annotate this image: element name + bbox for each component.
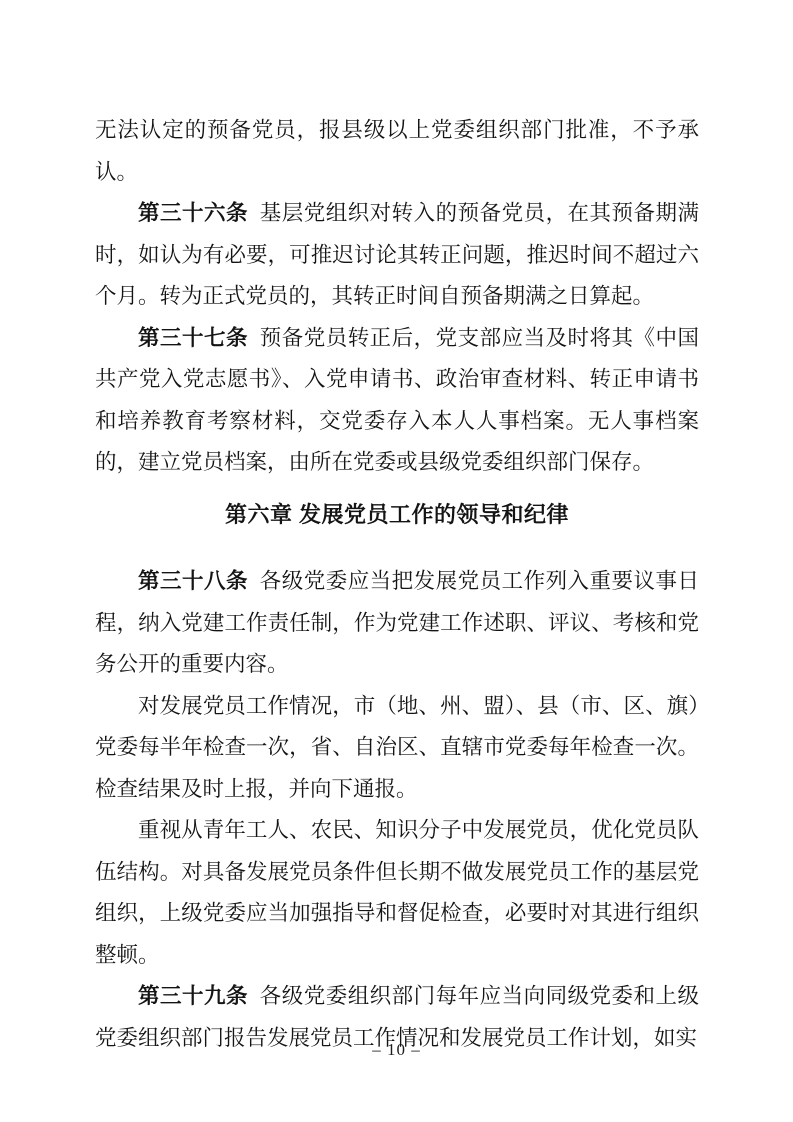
paragraph-text: 对发展党员工作情况，市（地、州、盟）、县（市、区、旗）党委每半年检查一次，省、自… bbox=[95, 694, 699, 801]
article-number: 第三十八条 bbox=[138, 569, 248, 593]
paragraph-article-36: 第三十六条基层党组织对转入的预备党员，在其预备期满时，如认为有必要，可推迟讨论其… bbox=[95, 193, 699, 318]
paragraph-article-37: 第三十七条预备党员转正后，党支部应当及时将其《中国共产党入党志愿书》、入党申请书… bbox=[95, 318, 699, 484]
paragraph-continuation: 无法认定的预备党员，报县级以上党委组织部门批准，不予承认。 bbox=[95, 110, 699, 193]
chapter-heading: 第六章 发展党员工作的领导和纪律 bbox=[95, 494, 699, 536]
paragraph-body: 对发展党员工作情况，市（地、州、盟）、县（市、区、旗）党委每半年检查一次，省、自… bbox=[95, 686, 699, 811]
document-body: 无法认定的预备党员，报县级以上党委组织部门批准，不予承认。 第三十六条基层党组织… bbox=[95, 110, 699, 1059]
article-number: 第三十九条 bbox=[138, 984, 248, 1008]
paragraph-text: 无法认定的预备党员，报县级以上党委组织部门批准，不予承认。 bbox=[95, 118, 699, 184]
article-number: 第三十七条 bbox=[138, 326, 248, 350]
paragraph-text: 重视从青年工人、农民、知识分子中发展党员，优化党员队伍结构。对具备发展党员条件但… bbox=[95, 818, 699, 967]
page-number: – 10 – bbox=[0, 1040, 793, 1060]
paragraph-article-38: 第三十八条各级党委应当把发展党员工作列入重要议事日程，纳入党建工作责任制，作为党… bbox=[95, 561, 699, 686]
article-number: 第三十六条 bbox=[138, 201, 248, 225]
document-page: 无法认定的预备党员，报县级以上党委组织部门批准，不予承认。 第三十六条基层党组织… bbox=[0, 0, 793, 1122]
paragraph-body: 重视从青年工人、农民、知识分子中发展党员，优化党员队伍结构。对具备发展党员条件但… bbox=[95, 810, 699, 976]
